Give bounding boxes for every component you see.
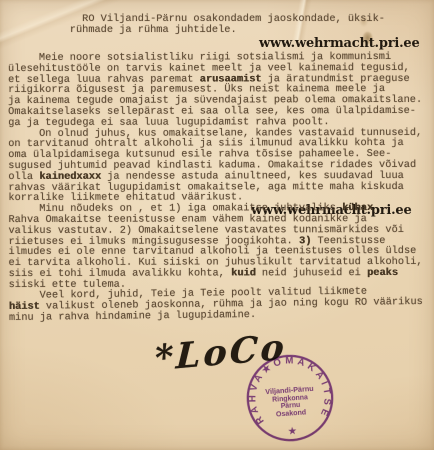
watermark-text: www.wehrmacht.pri.ee [259,36,420,51]
typed-text: neid juhuseid ei [256,267,367,279]
document-page: RO Viljandi-Pärnu osakondadem jaoskondad… [0,0,434,450]
typed-heading: RO Viljandi-Pärnu osakondadem jaoskondad… [8,14,385,36]
typed-overstruck-word: kuid [231,267,256,279]
typed-paragraph: On olnud juhus, kus omakaitselane, kande… [8,127,422,204]
stamp-center-line: Osakond [276,409,307,418]
typed-paragraphs: Meie noore sotsialistliku riigi sotsiali… [8,52,423,323]
typed-paragraph: Minu nõudeks on , et 1) iga omakaitse ju… [8,203,422,290]
rubber-stamp: RAHVA★OMAKAITSE Viljandi-Pärnu Ringkonna… [238,350,342,447]
typed-overstruck-word: peaks [367,267,398,279]
stamp-bottom-star: ★ [288,426,298,437]
typed-paragraph: Meie noore sotsialistliku riigi sotsiali… [8,52,422,129]
typed-heading-line: rühmade ja rühma juhtidele. [8,25,385,36]
typed-paragraph: Veel kord, juhid, Teie ja Teie poolt val… [9,285,423,322]
typed-text: minu ja rahva hindamine ja lugupidamine. [9,308,256,323]
